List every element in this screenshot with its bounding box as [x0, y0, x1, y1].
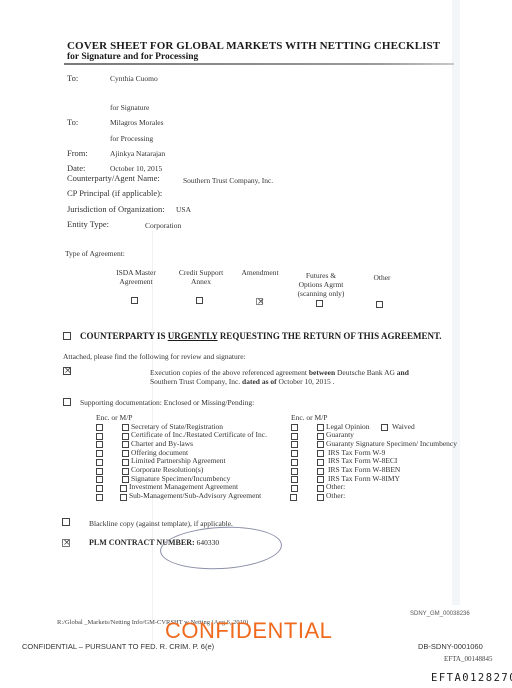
execution-copies-text: Execution copies of the above referenced…: [150, 368, 409, 386]
supporting-doc-label: Sub-Management/Sub-Advisory Agreement: [129, 492, 261, 501]
scan-edge-strip: [452, 0, 460, 605]
agreement-option-futures: Futures & Options Agrmt (scanning only): [291, 271, 351, 298]
checkbox-execution-copies[interactable]: [63, 367, 71, 375]
entity-type-value: Corporation: [145, 221, 181, 230]
sdny-bates-number: SDNY_GM_00038236: [410, 611, 470, 617]
document-checkbox[interactable]: [317, 468, 324, 475]
agreement-option-amendment: Amendment: [236, 268, 284, 277]
confidential-notice: CONFIDENTIAL – PURSUANT TO FED. R. CRIM.…: [22, 642, 214, 651]
jurisdiction-value: USA: [176, 205, 191, 214]
agreement-type-label: Type of Agreement:: [65, 249, 125, 258]
enc-mp-checkbox[interactable]: [291, 476, 298, 483]
counterparty-label: Counterparty/Agent Name:: [67, 173, 160, 183]
enc-mp-checkbox[interactable]: [291, 450, 298, 457]
document-checkbox[interactable]: [317, 450, 324, 457]
checkbox-other-agreement[interactable]: [376, 301, 383, 308]
enc-mp-checkbox[interactable]: [96, 424, 103, 431]
entity-type-label: Entity Type:: [67, 219, 109, 229]
enc-mp-checkbox[interactable]: [291, 433, 298, 440]
enc-mp-checkbox[interactable]: [291, 485, 298, 492]
to-value-1: Cynthia Cuomo: [110, 74, 158, 83]
document-checkbox[interactable]: [122, 468, 129, 475]
enc-mp-checkbox[interactable]: [96, 476, 103, 483]
document-checkbox[interactable]: [120, 485, 127, 492]
from-label: From:: [67, 148, 88, 158]
document-subtitle: for Signature and for Processing: [67, 52, 198, 62]
handwritten-circle: [159, 524, 283, 572]
agreement-option-isda: ISDA Master Agreement: [112, 268, 160, 286]
document-checkbox[interactable]: [122, 424, 129, 431]
enc-mp-checkbox[interactable]: [96, 468, 103, 475]
agreement-option-csa: Credit Support Annex: [173, 268, 229, 286]
enc-mp-checkbox[interactable]: [96, 485, 103, 492]
from-value: Ajinkya Natarajan: [110, 149, 165, 158]
document-checkbox[interactable]: [317, 476, 324, 483]
to-label-2: To:: [67, 117, 78, 127]
jurisdiction-label: Jurisdiction of Organization:: [67, 204, 165, 214]
waived-label: Waived: [392, 423, 415, 432]
checkbox-futures-options[interactable]: [316, 300, 323, 307]
document-checkbox[interactable]: [317, 494, 324, 501]
enc-mp-checkbox[interactable]: [291, 468, 298, 475]
date-value: October 10, 2015: [110, 164, 162, 173]
document-checkbox[interactable]: [120, 494, 127, 501]
date-label: Date:: [67, 163, 85, 173]
enc-mp-checkbox[interactable]: [96, 441, 103, 448]
checkbox-amendment[interactable]: [256, 298, 263, 305]
left-col-header: Enc. or M/P: [96, 413, 132, 422]
checkbox-supporting-docs[interactable]: [63, 398, 71, 406]
document-checkbox[interactable]: [122, 441, 129, 448]
checkbox-blackline[interactable]: [62, 518, 70, 526]
to-label-1: To:: [67, 73, 78, 83]
for-processing-text: for Processing: [110, 134, 153, 143]
counterparty-value: Southern Trust Company, Inc.: [183, 176, 273, 185]
confidential-stamp: CONFIDENTIAL: [165, 618, 332, 644]
enc-mp-checkbox[interactable]: [290, 494, 297, 501]
header-rule: [64, 63, 454, 65]
checkbox-urgent-return[interactable]: [63, 332, 71, 340]
document-checkbox[interactable]: [122, 450, 129, 457]
cp-principal-label: CP Principal (if applicable):: [67, 188, 162, 198]
checkbox-plm-contract[interactable]: [62, 539, 70, 547]
urgent-request-heading: COUNTERPARTY IS URGENTLY REQUESTING THE …: [80, 331, 442, 341]
document-checkbox[interactable]: [317, 459, 324, 466]
enc-mp-checkbox[interactable]: [96, 450, 103, 457]
supporting-docs-label: Supporting documentation: Enclosed or Mi…: [80, 398, 254, 407]
checkbox-isda-master[interactable]: [131, 297, 138, 304]
checkbox-credit-support-annex[interactable]: [196, 297, 203, 304]
enc-mp-checkbox[interactable]: [291, 441, 298, 448]
checkbox-waived[interactable]: [381, 424, 388, 431]
agreement-option-other: Other: [366, 273, 398, 282]
document-checkbox[interactable]: [122, 433, 129, 440]
efta-small-number: EFTA_00148845: [444, 655, 492, 663]
db-sdny-number: DB-SDNY-0001060: [418, 642, 483, 651]
enc-mp-checkbox[interactable]: [96, 459, 103, 466]
enc-mp-checkbox[interactable]: [291, 424, 298, 431]
document-checkbox[interactable]: [122, 476, 129, 483]
enc-mp-checkbox[interactable]: [96, 494, 103, 501]
enc-mp-checkbox[interactable]: [96, 433, 103, 440]
enc-mp-checkbox[interactable]: [291, 459, 298, 466]
efta-document-id: EFTA01282702: [431, 672, 512, 684]
supporting-doc-label: Other:: [326, 492, 345, 501]
document-checkbox[interactable]: [317, 433, 324, 440]
document-checkbox[interactable]: [317, 485, 324, 492]
document-checkbox[interactable]: [317, 424, 324, 431]
for-signature-text: for Signature: [110, 103, 149, 112]
document-checkbox[interactable]: [317, 441, 324, 448]
right-col-header: Enc. or M/P: [291, 413, 327, 422]
to-value-2: Milagros Morales: [110, 118, 164, 127]
document-title: COVER SHEET FOR GLOBAL MARKETS WITH NETT…: [67, 40, 440, 52]
attached-text: Attached, please find the following for …: [63, 352, 246, 361]
document-checkbox[interactable]: [122, 459, 129, 466]
